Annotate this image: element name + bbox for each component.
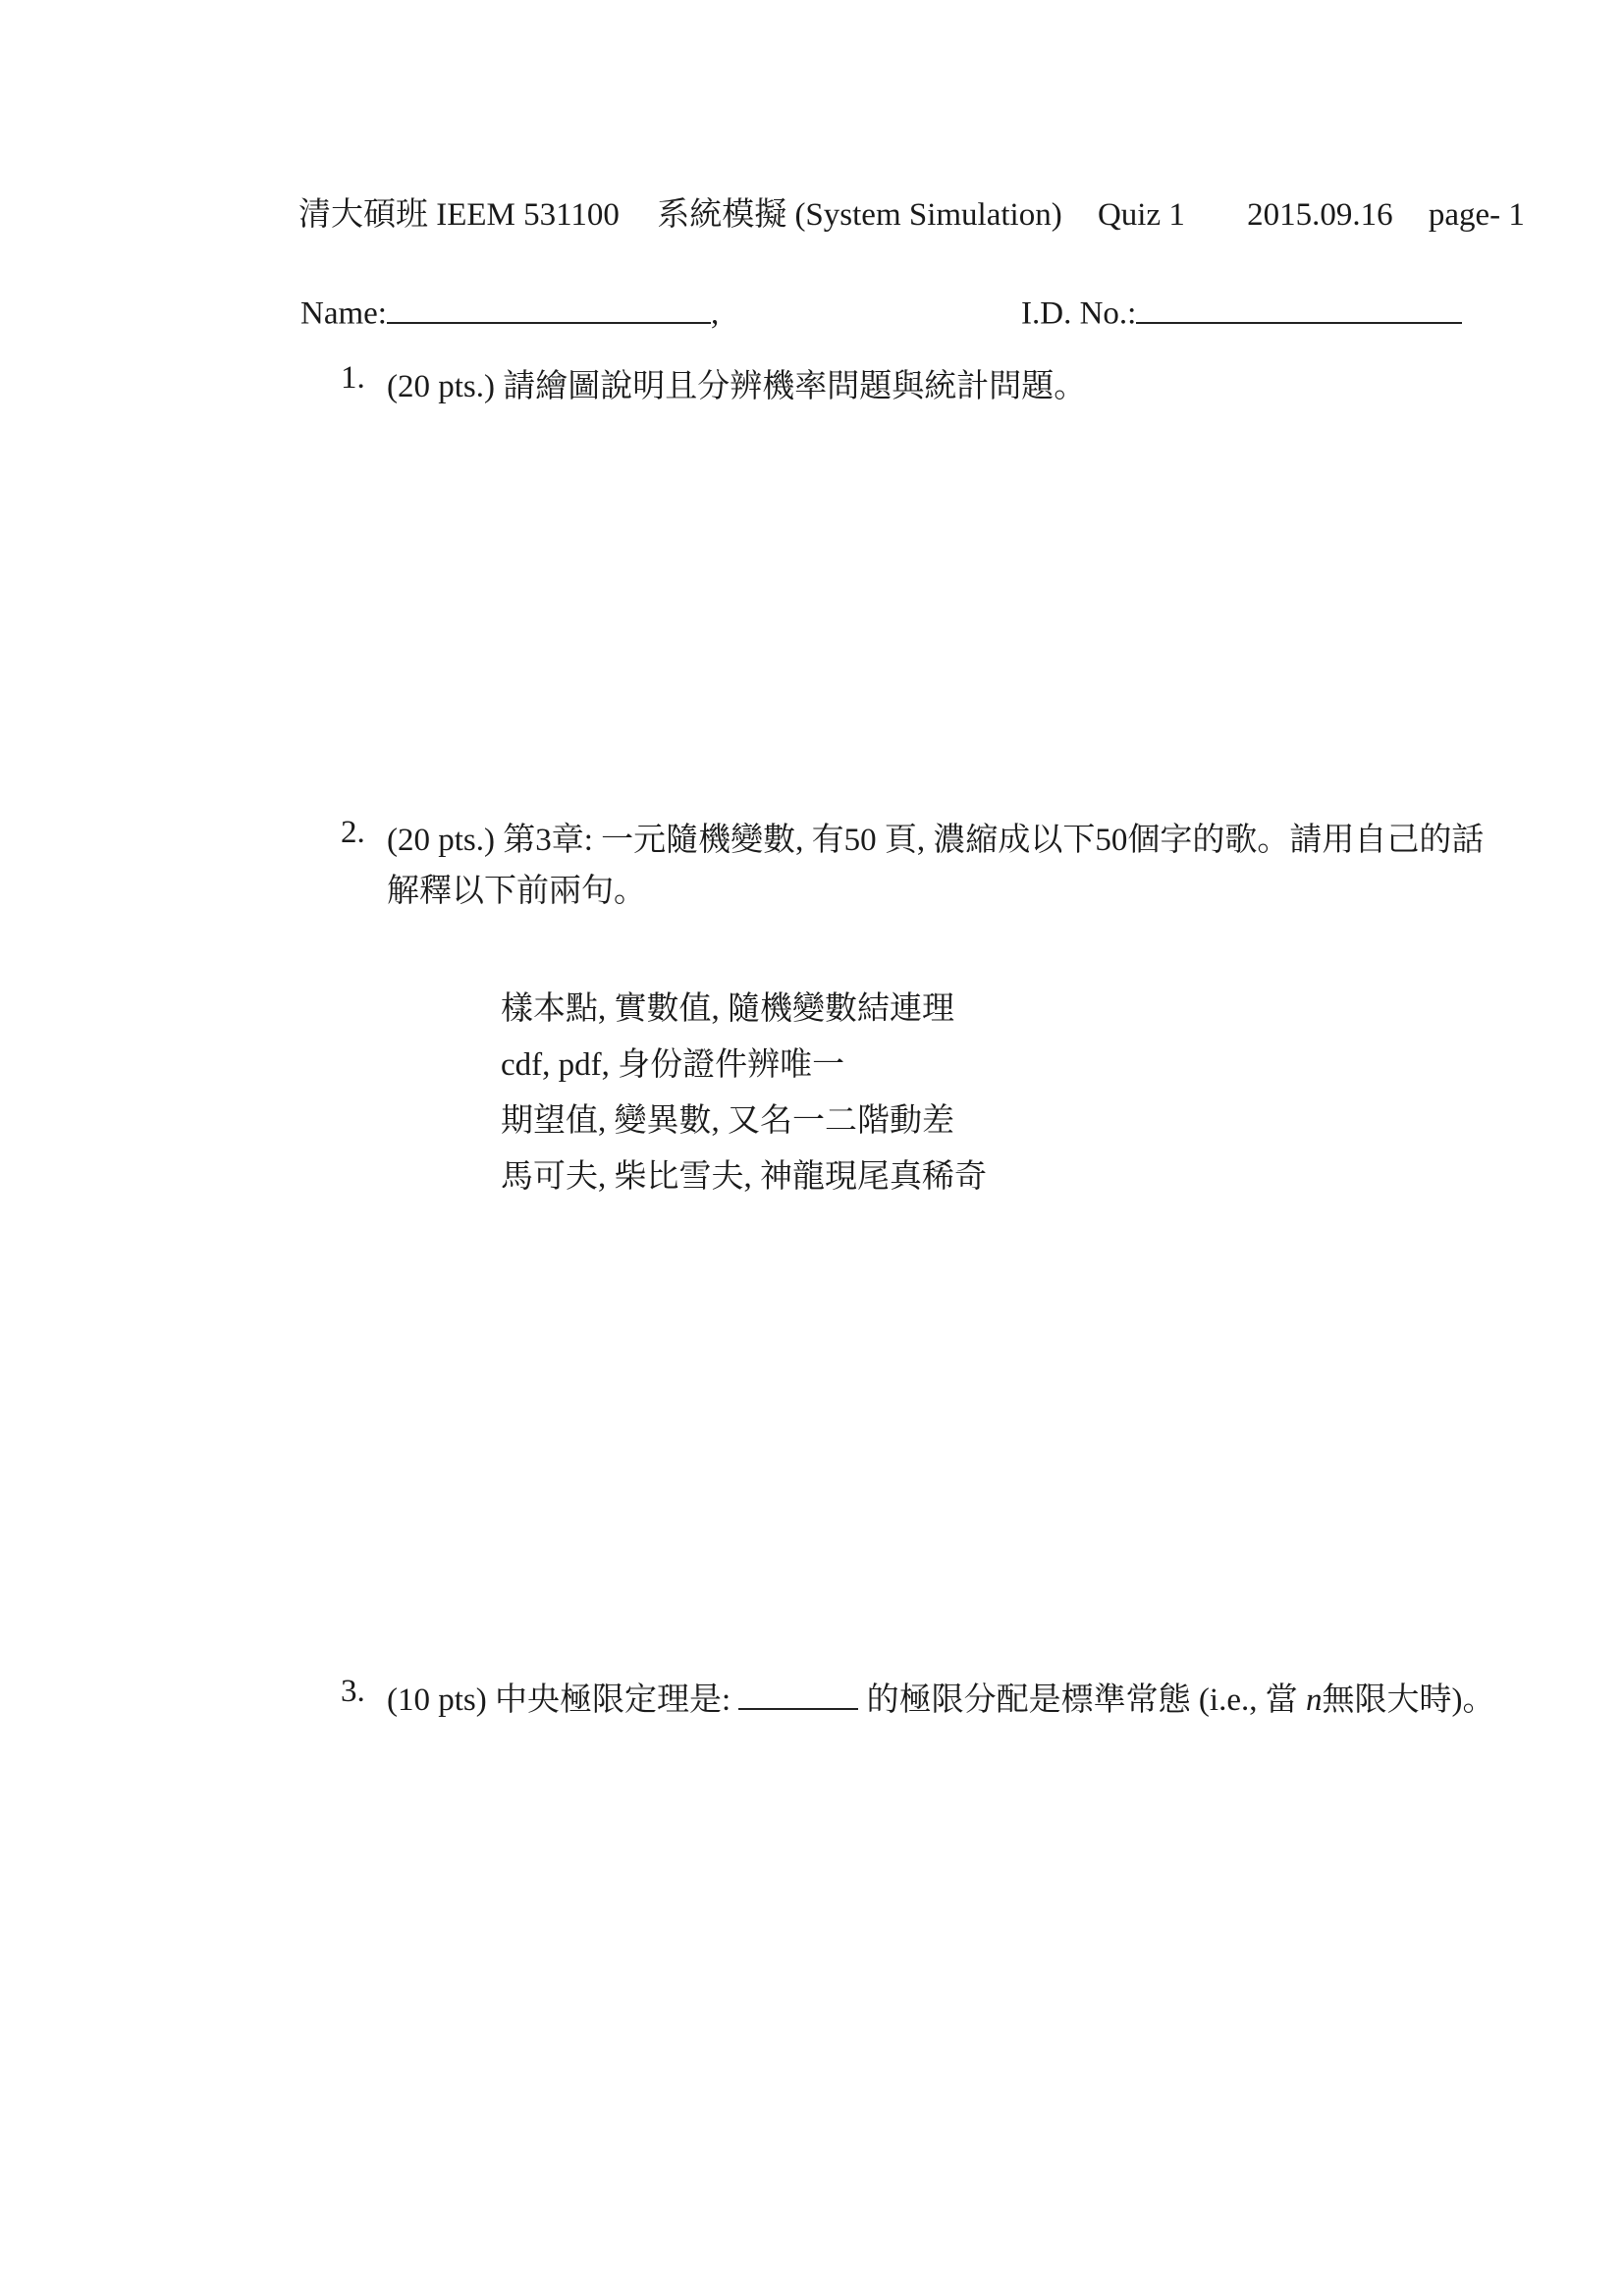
math-variable-n: n [1306, 1682, 1323, 1718]
question-2-line1: (20 pts.) 第3章: 一元隨機變數, 有50 頁, 濃縮成以下50個字的… [387, 815, 1484, 866]
verse-block: 樣本點, 實數值, 隨機變數結連理 cdf, pdf, 身份證件辨唯一 期望值,… [501, 982, 987, 1205]
id-underline [1136, 290, 1462, 324]
answer-blank-underline [738, 1678, 858, 1710]
identity-row: Name:, I.D. No.: [0, 290, 1623, 339]
name-field: Name:, [300, 290, 719, 333]
question-3: 3. (10 pts) 中央極限定理是: 的極限分配是標準常態 (i.e., 當… [341, 1674, 1494, 1720]
question-3-tail: 無限大時)。 [1322, 1682, 1494, 1718]
question-2-line2: 解釋以下前兩句。 [387, 866, 1484, 917]
question-2-text: (20 pts.) 第3章: 一元隨機變數, 有50 頁, 濃縮成以下50個字的… [387, 815, 1484, 917]
question-1-number: 1. [341, 360, 387, 397]
verse-line-2: cdf, pdf, 身份證件辨唯一 [501, 1038, 987, 1094]
course-title: 系統模擬 (System Simulation) [657, 197, 1062, 233]
name-comma: , [711, 296, 719, 332]
page-header: 清大碩班 IEEM 531100 系統模擬 (System Simulation… [298, 188, 1525, 235]
question-3-text: (10 pts) 中央極限定理是: 的極限分配是標準常態 (i.e., 當 n無… [387, 1674, 1494, 1720]
question-3-number: 3. [341, 1674, 387, 1710]
question-2: 2. (20 pts.) 第3章: 一元隨機變數, 有50 頁, 濃縮成以下50… [341, 815, 1484, 917]
name-underline [387, 290, 711, 324]
question-1-text: (20 pts.) 請繪圖說明且分辨機率問題與統計問題。 [387, 360, 1086, 406]
id-field: I.D. No.: [1021, 290, 1462, 333]
verse-line-1: 樣本點, 實數值, 隨機變數結連理 [501, 982, 987, 1038]
name-label: Name: [300, 296, 387, 332]
verse-line-4: 馬可夫, 柴比雪夫, 神龍現尾真稀奇 [501, 1149, 987, 1205]
question-3-after-blank: 的極限分配是標準常態 (i.e., 當 [858, 1682, 1306, 1718]
quiz-date: 2015.09.16 [1247, 197, 1393, 233]
question-2-number: 2. [341, 815, 387, 851]
course-code: 清大碩班 IEEM 531100 [298, 197, 620, 233]
question-3-before-blank: (10 pts) 中央極限定理是: [387, 1682, 738, 1718]
quiz-page: 清大碩班 IEEM 531100 系統模擬 (System Simulation… [0, 0, 1623, 2296]
id-label: I.D. No.: [1021, 296, 1136, 332]
verse-line-3: 期望值, 變異數, 又名一二階動差 [501, 1094, 987, 1149]
page-number: page- 1 [1429, 197, 1525, 233]
quiz-label: Quiz 1 [1098, 197, 1185, 233]
question-1: 1. (20 pts.) 請繪圖說明且分辨機率問題與統計問題。 [341, 360, 1086, 406]
